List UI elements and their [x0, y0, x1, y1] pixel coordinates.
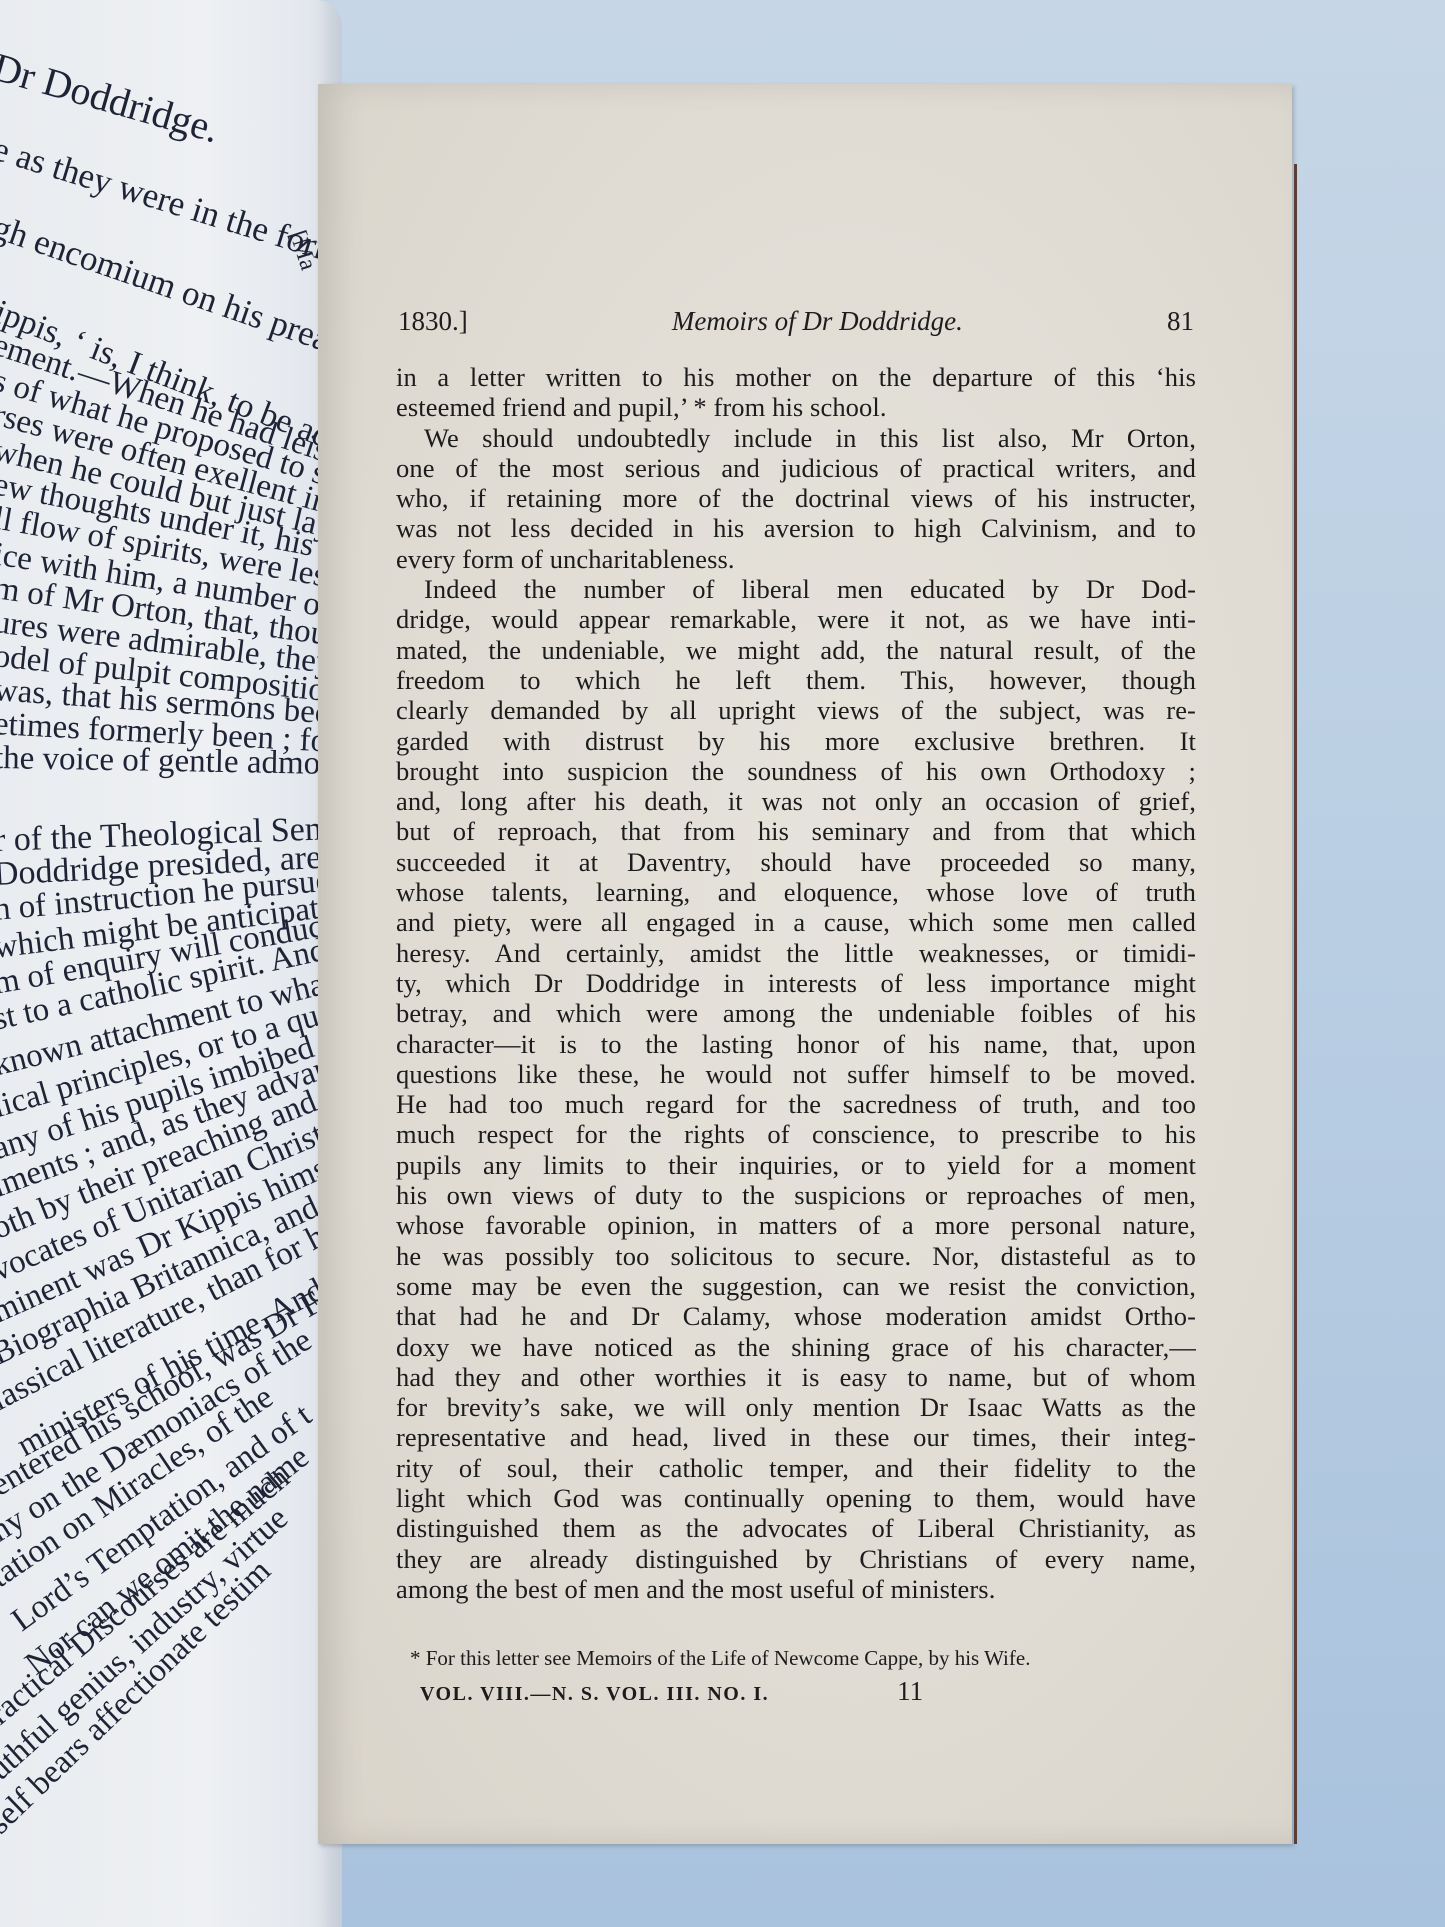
text-line: Indeed the number of liberal men educate… [396, 574, 1196, 604]
text-line: He had too much regard for the sacrednes… [396, 1089, 1196, 1119]
text-line: he was possibly too solicitous to secure… [396, 1241, 1196, 1271]
text-line: some may be even the suggestion, can we … [396, 1271, 1196, 1301]
running-head: 1830.] Memoirs of Dr Doddridge. 81 [398, 306, 1194, 346]
text-line: but of reproach, that from his seminary … [396, 816, 1196, 846]
text-line: one of the most serious and judicious of… [396, 453, 1196, 483]
text-line: representative and head, lived in these … [396, 1422, 1196, 1452]
text-line: was not less decided in his aversion to … [396, 513, 1196, 543]
text-line: ty, which Dr Doddridge in interests of l… [396, 968, 1196, 998]
text-line: whose talents, learning, and eloquence, … [396, 877, 1196, 907]
text-line: among the best of men and the most usefu… [396, 1574, 1196, 1604]
text-line: for brevity’s sake, we will only mention… [396, 1392, 1196, 1422]
text-line: and piety, were all engaged in a cause, … [396, 907, 1196, 937]
text-line: garded with distrust by his more exclusi… [396, 726, 1196, 756]
right-page: 1830.] Memoirs of Dr Doddridge. 81 in a … [318, 84, 1292, 1844]
body-text: in a letter written to his mother on the… [396, 362, 1196, 1604]
text-line: every form of uncharitableness. [396, 544, 1196, 574]
text-line: mated, the undeniable, we might add, the… [396, 635, 1196, 665]
text-line: pupils any limits to their inquiries, or… [396, 1150, 1196, 1180]
text-line: in a letter written to his mother on the… [396, 362, 1196, 392]
volume-line: VOL. VIII.—N. S. VOL. III. NO. I. [420, 1683, 769, 1706]
page-number: 81 [1167, 306, 1194, 337]
left-page-curved: Dr Doddridge.e as they were in the forme… [0, 0, 342, 1927]
text-line: and, long after his death, it was not on… [396, 786, 1196, 816]
text-line: esteemed friend and pupil,’ * from his s… [396, 392, 1196, 422]
text-line: heresy. And certainly, amidst the little… [396, 938, 1196, 968]
text-line: character—it is to the lasting honor of … [396, 1029, 1196, 1059]
text-line: freedom to which he left them. This, how… [396, 665, 1196, 695]
text-line: rity of soul, their catholic temper, and… [396, 1453, 1196, 1483]
text-line: betray, and which were among the undenia… [396, 998, 1196, 1028]
text-line: had they and other worthies it is easy t… [396, 1362, 1196, 1392]
text-line: distinguished them as the advocates of L… [396, 1513, 1196, 1543]
text-line: light which God was continually opening … [396, 1483, 1196, 1513]
text-line: clearly demanded by all upright views of… [396, 695, 1196, 725]
text-line: they are already distinguished by Christ… [396, 1544, 1196, 1574]
signature-mark: 11 [897, 1676, 923, 1707]
left-page-line: Dr Doddridge. [0, 43, 225, 152]
signature-line: VOL. VIII.—N. S. VOL. III. NO. I. 11 [420, 1676, 1120, 1707]
running-head-title: Memoirs of Dr Doddridge. [672, 306, 963, 337]
text-line: that had he and Dr Calamy, whose moderat… [396, 1301, 1196, 1331]
text-line: much respect for the rights of conscienc… [396, 1119, 1196, 1149]
running-head-year: 1830.] [398, 306, 468, 337]
text-line: who, if retaining more of the doctrinal … [396, 483, 1196, 513]
text-line: dridge, would appear remarkable, were it… [396, 604, 1196, 634]
text-line: We should undoubtedly include in this li… [396, 423, 1196, 453]
text-line: whose favorable opinion, in matters of a… [396, 1210, 1196, 1240]
text-line: his own views of duty to the suspicions … [396, 1180, 1196, 1210]
footnote: * For this letter see Memoirs of the Lif… [410, 1646, 1200, 1671]
text-line: brought into suspicion the soundness of … [396, 756, 1196, 786]
text-line: succeeded it at Daventry, should have pr… [396, 847, 1196, 877]
left-page-line: the voice of gentle admoniti [0, 740, 342, 783]
text-line: doxy we have noticed as the shining grac… [396, 1332, 1196, 1362]
text-line: questions like these, he would not suffe… [396, 1059, 1196, 1089]
